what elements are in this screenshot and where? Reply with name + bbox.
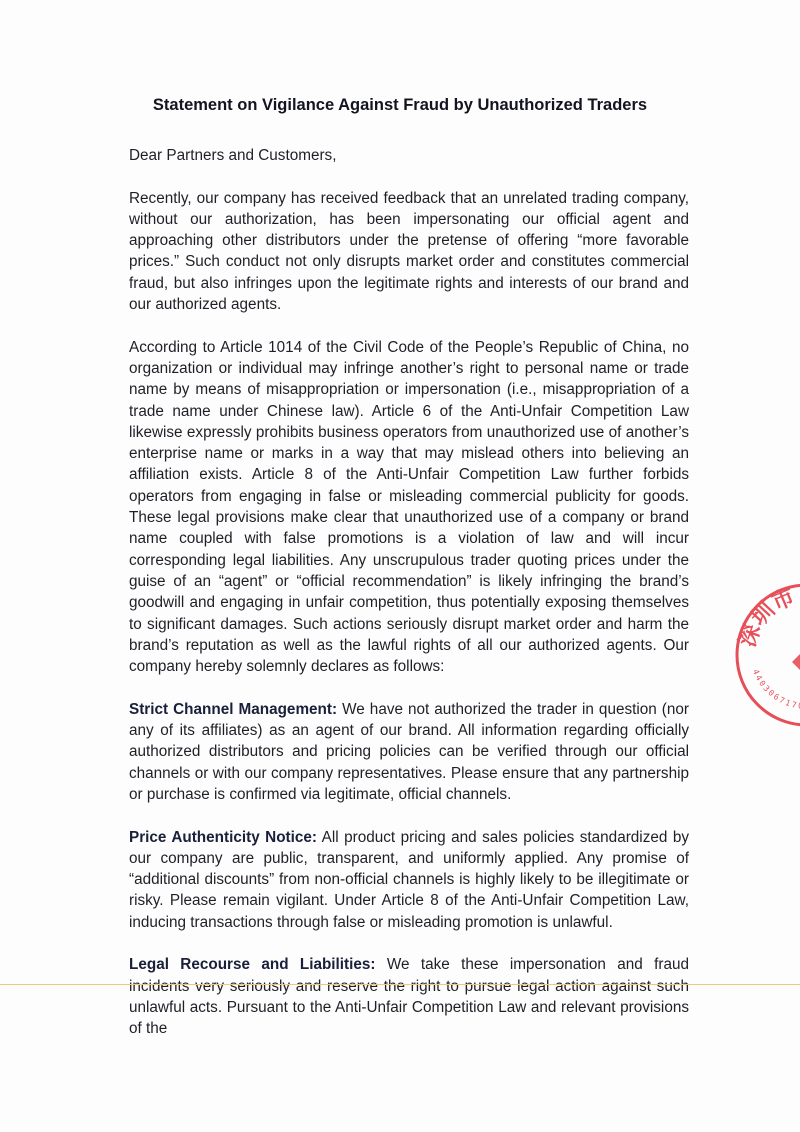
salutation: Dear Partners and Customers,	[129, 145, 689, 166]
document-body: Dear Partners and Customers, Recently, o…	[129, 145, 689, 1061]
paragraph-text: According to Article 1014 of the Civil C…	[129, 339, 689, 675]
document-page: Statement on Vigilance Against Fraud by …	[0, 0, 800, 1132]
paragraph-intro: Recently, our company has received feedb…	[129, 188, 689, 316]
svg-text:4403067170 74: 4403067170 74	[751, 668, 800, 711]
paragraph-lead: Price Authenticity Notice:	[129, 829, 317, 846]
paragraph-channel-management: Strict Channel Management: We have not a…	[129, 699, 689, 805]
svg-text:深圳市: 深圳市	[735, 584, 798, 650]
paragraph-text: Recently, our company has received feedb…	[129, 190, 689, 313]
seal-top-text: 深圳市	[735, 584, 798, 650]
document-title: Statement on Vigilance Against Fraud by …	[0, 96, 800, 115]
paragraph-price-notice: Price Authenticity Notice: All product p…	[129, 827, 689, 933]
paragraph-legal-basis: According to Article 1014 of the Civil C…	[129, 337, 689, 678]
seal-number-text: 4403067170 74	[751, 668, 800, 711]
company-seal-icon: 深圳市 4403067170 74	[732, 580, 800, 730]
scan-fold-line	[0, 984, 800, 985]
paragraph-legal-recourse: Legal Recourse and Liabilities: We take …	[129, 954, 689, 1039]
paragraph-lead: Strict Channel Management:	[129, 701, 337, 718]
paragraph-lead: Legal Recourse and Liabilities:	[129, 956, 376, 973]
